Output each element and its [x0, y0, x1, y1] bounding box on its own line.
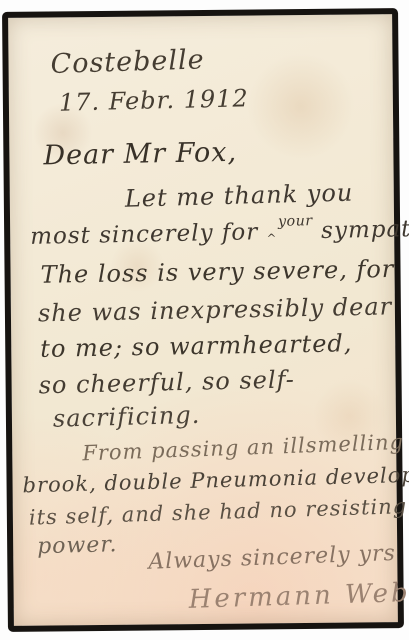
insertion-caret-mark: ^: [267, 233, 278, 245]
signature: Hermann Weber: [188, 579, 409, 613]
body-line: sacrificing.: [53, 403, 201, 431]
body-line: she was inexpressibly dear: [38, 294, 393, 325]
letter-photograph: Costebelle 17. Febr. 1912 Dear Mr Fox, L…: [0, 0, 409, 640]
body-line: The loss is very severe, for: [40, 257, 394, 287]
body-insertion-line: most sincerely for ^your sympathy.: [30, 217, 409, 248]
body-opening-line: Let me thank you: [125, 181, 354, 211]
body-line: its self, and she had no resisting: [29, 496, 408, 529]
body-line: power.: [37, 534, 118, 558]
closing-line: Always sincerely yrs: [148, 543, 396, 574]
body-line: From passing an illsmelling: [82, 432, 404, 464]
body-line: so cheerful, so self-: [38, 367, 295, 397]
body-line: to me; so warmhearted,: [40, 331, 353, 361]
insertion-after-text: sympathy.: [321, 215, 409, 244]
letter-paper: Costebelle 17. Febr. 1912 Dear Mr Fox, L…: [2, 8, 404, 632]
letter-place: Costebelle: [50, 46, 205, 78]
letter-date: 17. Febr. 1912: [59, 86, 249, 114]
salutation-line: Dear Mr Fox,: [43, 139, 237, 170]
insertion-before-text: most sincerely for: [30, 219, 259, 250]
body-line: brook, double Pneumonia developed: [22, 464, 409, 496]
insertion-word: your: [278, 214, 313, 229]
